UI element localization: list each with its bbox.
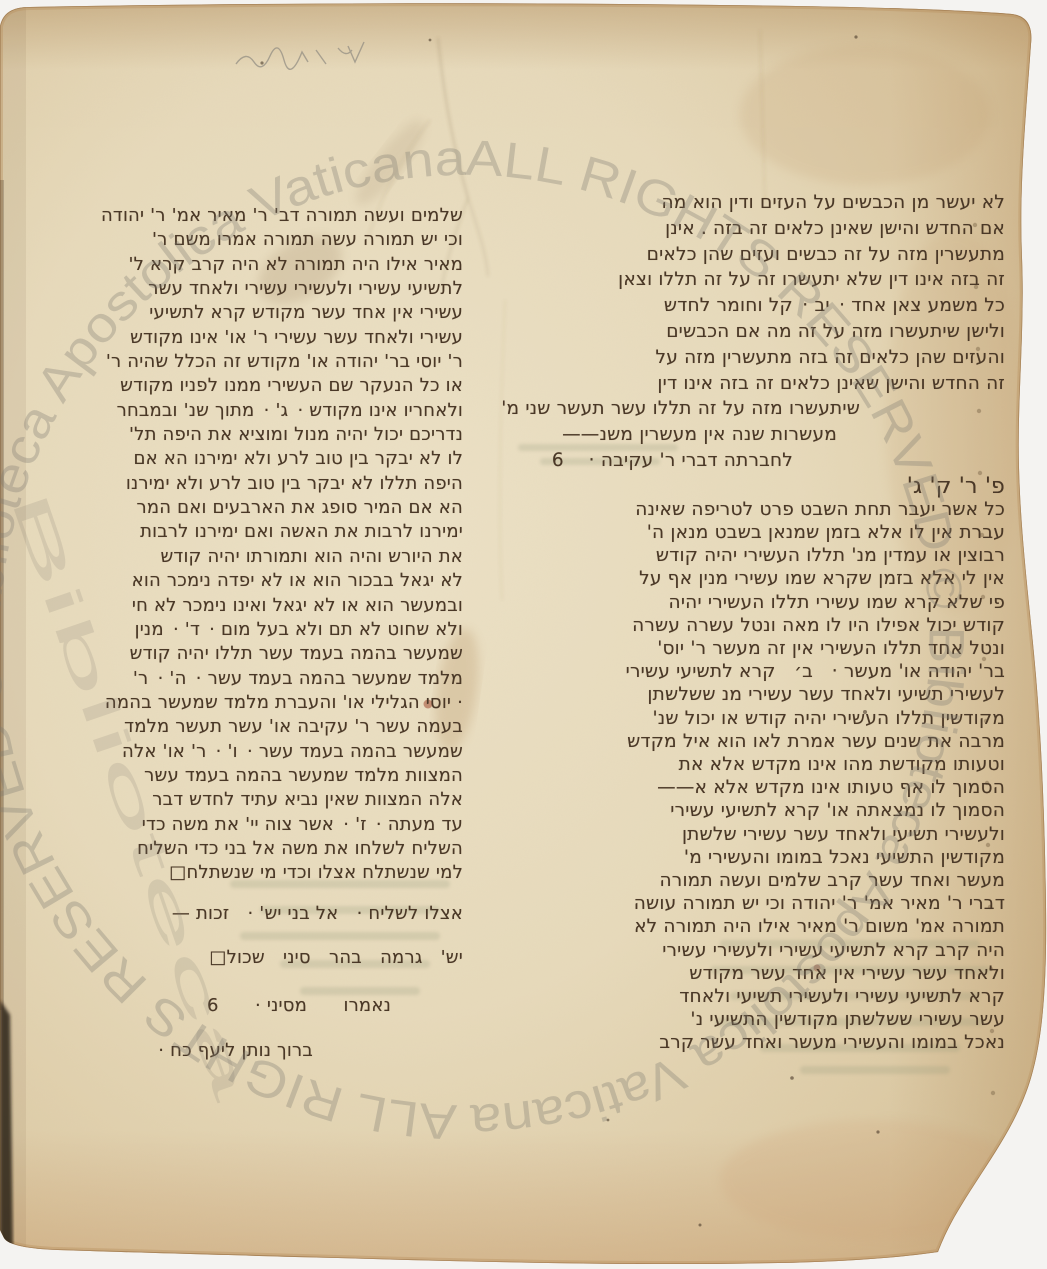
manuscript-line: אצלו לשליח · אל בני יש' · זכות —: [60, 902, 463, 926]
manuscript-line: מאיר אילו היה תמורה לא היה קרב קרא ל': [60, 253, 463, 277]
manuscript-line: כל משמע צאן אחד · יב · קל וחומר לחדש: [503, 293, 1005, 319]
manuscript-line: בעמה עשר ר' עקיבה או' עשר תעשר מלמד: [60, 715, 463, 739]
parchment-page: [0, 0, 1047, 1269]
manuscript-line: אם החדש והישן שאינן כלאים זה בזה . אינן: [503, 216, 1005, 242]
manuscript-line: וכי יש תמורה עשה תמורה אמרו משם ר': [60, 228, 463, 252]
manuscript-line: עד מעתה · ז' · אשר צוה יי' את משה כדי: [60, 813, 463, 837]
manuscript-line: עברת אין לו אלא בזמן שמנאן בשבט מנאן ה': [503, 521, 1005, 544]
manuscript-line: השליח לשלחו את משה אל בני כדי השליח: [60, 837, 463, 861]
manuscript-line: למי שנשתלח אצלו וכדי מי שנשתלח□: [60, 861, 463, 885]
manuscript-line: מעשרות שנה אין מעשרין משנ——: [503, 422, 837, 448]
manuscript-line: וטעותו מקודשת מהו אינו מקדש אלא את: [503, 753, 1005, 776]
manuscript-line: את היורש והיה הוא ותמורתו יהיה קודש: [60, 545, 463, 569]
manuscript-line: נדריכם יכול יהיה מנול ומוציא את היפה תל': [60, 423, 463, 447]
manuscript-line: ולאחריו אינו מקודש · ג' · מתוך שנ' ובמבח…: [60, 399, 463, 423]
watermark-ring-text: ALL RIGHTS RESERVED © Biblioteca Apostol…: [0, 130, 975, 1151]
manuscript-line: הסמוך לו נמצאתה או' קרא לתשיעי עשירי: [503, 799, 1005, 822]
manuscript-line: קרא לתשיעי עשירי ולעשירי תשיעי ולאחד: [503, 985, 1005, 1008]
manuscript-line: יש' גרמה בהר סיני שכול□: [60, 946, 463, 970]
manuscript-line: שיתעשרו מזה על זה תללו עשר תעשר שני מ': [503, 396, 860, 422]
manuscript-line: עשירי אין אחד עשר מקודש קרא לתשיעי: [60, 301, 463, 325]
manuscript-line: לחברתה דברי ר' עקיבה · 6: [503, 448, 793, 474]
manuscript-line: ולישן שיתעשרו מזה על זה מה אם הכבשים: [503, 319, 1005, 345]
manuscript-line: עשר עשירי ששלשתן מקודשין התשיעי נ': [503, 1008, 1005, 1031]
manuscript-line: דברי ר' מאיר אמ' ר' יהודה וכי יש תמורה ע…: [503, 892, 1005, 915]
manuscript-line: שמעשר בהמה בעמד עשר תללו יהיה קודש: [60, 642, 463, 666]
bleedthrough-text: [230, 444, 990, 1074]
manuscript-line: ימירנו לרבות את האשה ואם ימירנו לרבות: [60, 520, 463, 544]
manuscript-line: ובמעשר הוא או לא יגאל ואינו נימכר לא חי: [60, 594, 463, 618]
chapter-heading: פ' ר' ק' ג': [503, 474, 1005, 498]
manuscript-line: מרבה את שנים עשר אמרת לאו הוא איל מקדש: [503, 730, 1005, 753]
manuscript-line: לו לא יבקר בין טוב לרע ולא ימירנו הא אם: [60, 447, 463, 471]
manuscript-line: פי שלא קרא שמו עשירי תללו העשירי יהיה: [503, 591, 1005, 614]
manuscript-line: היפה תללו לא יבקר בין טוב לרע ולא ימירנו: [60, 472, 463, 496]
manuscript-line: והעזים שהן כלאים זה בזה מתעשרין מזה על: [503, 345, 1005, 371]
manuscript-line: זה בזה אינו דין שלא יתעשרו זה על זה תללו…: [503, 267, 1005, 293]
manuscript-line: שלמים ועשה תמורה דב' ר' מאיר אמ' ר' יהוד…: [60, 204, 463, 228]
manuscript-line: לא יגאל בבכור הוא או לא יפדה נימכר הוא: [60, 569, 463, 593]
library-watermark: ALL RIGHTS RESERVED © Biblioteca Apostol…: [0, 0, 1047, 1269]
manuscript-line: כל אשר יעבר תחת השבט פרט לטריפה שאינה: [503, 498, 1005, 521]
manuscript-line: היה קרב קרא לתשיעי עשירי ולעשירי עשירי: [503, 939, 1005, 962]
manuscript-line: שמעשר בהמה בעמד עשר · ו' · ר' או' אלה: [60, 740, 463, 764]
manuscript-line: מתעשרין מזה על זה כבשים ועזים שהן כלאים: [503, 242, 1005, 268]
manuscript-line: זה החדש והישן שאינן כלאים זה בזה אינו די…: [503, 371, 1005, 397]
manuscript-line: · יוסי הגלילי או' והעברת מלמד שמעשר בהמה: [60, 691, 463, 715]
manuscript-line: מקודשין תללו העשירי יהיה קודש או יכול שנ…: [503, 707, 1005, 730]
manuscript-line: ולעשירי תשיעי ולאחד עשר עשירי שלשתן: [503, 823, 1005, 846]
manuscript-line: קודש יכול אפילו היו לו מאה ונטל עשרה עשר…: [503, 614, 1005, 637]
manuscript-line: עשירי ולאחד עשר עשירי ר' או' אינו מקודש: [60, 326, 463, 350]
manuscript-line: לעשירי תשיעי ולאחד עשר עשירי מנ ששלשתן: [503, 683, 1005, 706]
gutter-shadow: [0, 1000, 13, 1250]
manuscript-line: ר' יוסי בר' יהודה או' מקודש זה הכלל שהיה…: [60, 350, 463, 374]
manuscript-line: נאמרו מסיני · 6: [60, 994, 391, 1018]
manuscript-line: ונטל אחד תללו העשירי אין זה מעשר ר' יוס': [503, 637, 1005, 660]
manuscript-line: ולא שחוט לא תם ולא בעל מום · ד' · מנין: [60, 618, 463, 642]
ink-specks: [260, 35, 879, 1226]
manuscript-line: נאכל במומו והעשירי מעשר ואחד עשר קרב: [503, 1031, 1005, 1054]
colophon-line: ברוך נותן ליעף כח ·: [60, 1039, 313, 1063]
manuscript-line: בר' יהודה או' מעשר · ב׳ קרא לתשיעי עשירי: [503, 660, 1005, 683]
manuscript-line: או כל הנעקר שם העשירי ממנו לפניו מקודש: [60, 374, 463, 398]
text-column-left: שלמים ועשה תמורה דב' ר' מאיר אמ' ר' יהוד…: [60, 204, 463, 1063]
manuscript-line: תמורה אמ' משום ר' מאיר אילו היה תמורה לא: [503, 915, 1005, 938]
manuscript-line: אין לי אלא בזמן שקרא שמו עשירי מנין אף ע…: [503, 567, 1005, 590]
page-surface: [0, 3, 1046, 1264]
manuscript-line: הא אם המיר סופג את הארבעים ואם המר: [60, 496, 463, 520]
stains: [246, 45, 1025, 1240]
manuscript-line: אלה המצוות שאין נביא עתיד לחדש דבר: [60, 788, 463, 812]
manuscript-line: מקודשין התשיעי נאכל במומו והעשירי מ': [503, 846, 1005, 869]
pencil-inscription: [236, 42, 364, 69]
manuscript-line: הסמוך לו אף טעותו אינו מקדש אלא א——: [503, 776, 1005, 799]
text-column-right: לא יעשר מן הכבשים על העזים ודין הוא מה א…: [503, 190, 1005, 1055]
manuscript-line: המצוות מלמד שמעשר בהמה בעמד עשר: [60, 764, 463, 788]
manuscript-line: ולאחד עשר עשירי אין אחד עשר מקודש: [503, 962, 1005, 985]
creases: [368, 30, 765, 600]
manuscript-line: רבוצין או עמדין מנ' תללו העשירי יהיה קוד…: [503, 544, 1005, 567]
manuscript-line: מעשר ואחד עשר קרב שלמים ועשה תמורה: [503, 869, 1005, 892]
manuscript-line: מלמד שמעשר בהמה בעמד עשר · ה' · ר': [60, 667, 463, 691]
manuscript-scan: לא יעשר מן הכבשים על העזים ודין הוא מה א…: [0, 0, 1047, 1269]
pricking-dots: [973, 223, 995, 1095]
manuscript-line: לא יעשר מן הכבשים על העזים ודין הוא מה: [503, 190, 1005, 216]
watermark-fragment-text: Biblioteca: [0, 483, 260, 1107]
manuscript-line: לתשיעי עשירי ולעשירי עשירי ולאחד עשר: [60, 277, 463, 301]
